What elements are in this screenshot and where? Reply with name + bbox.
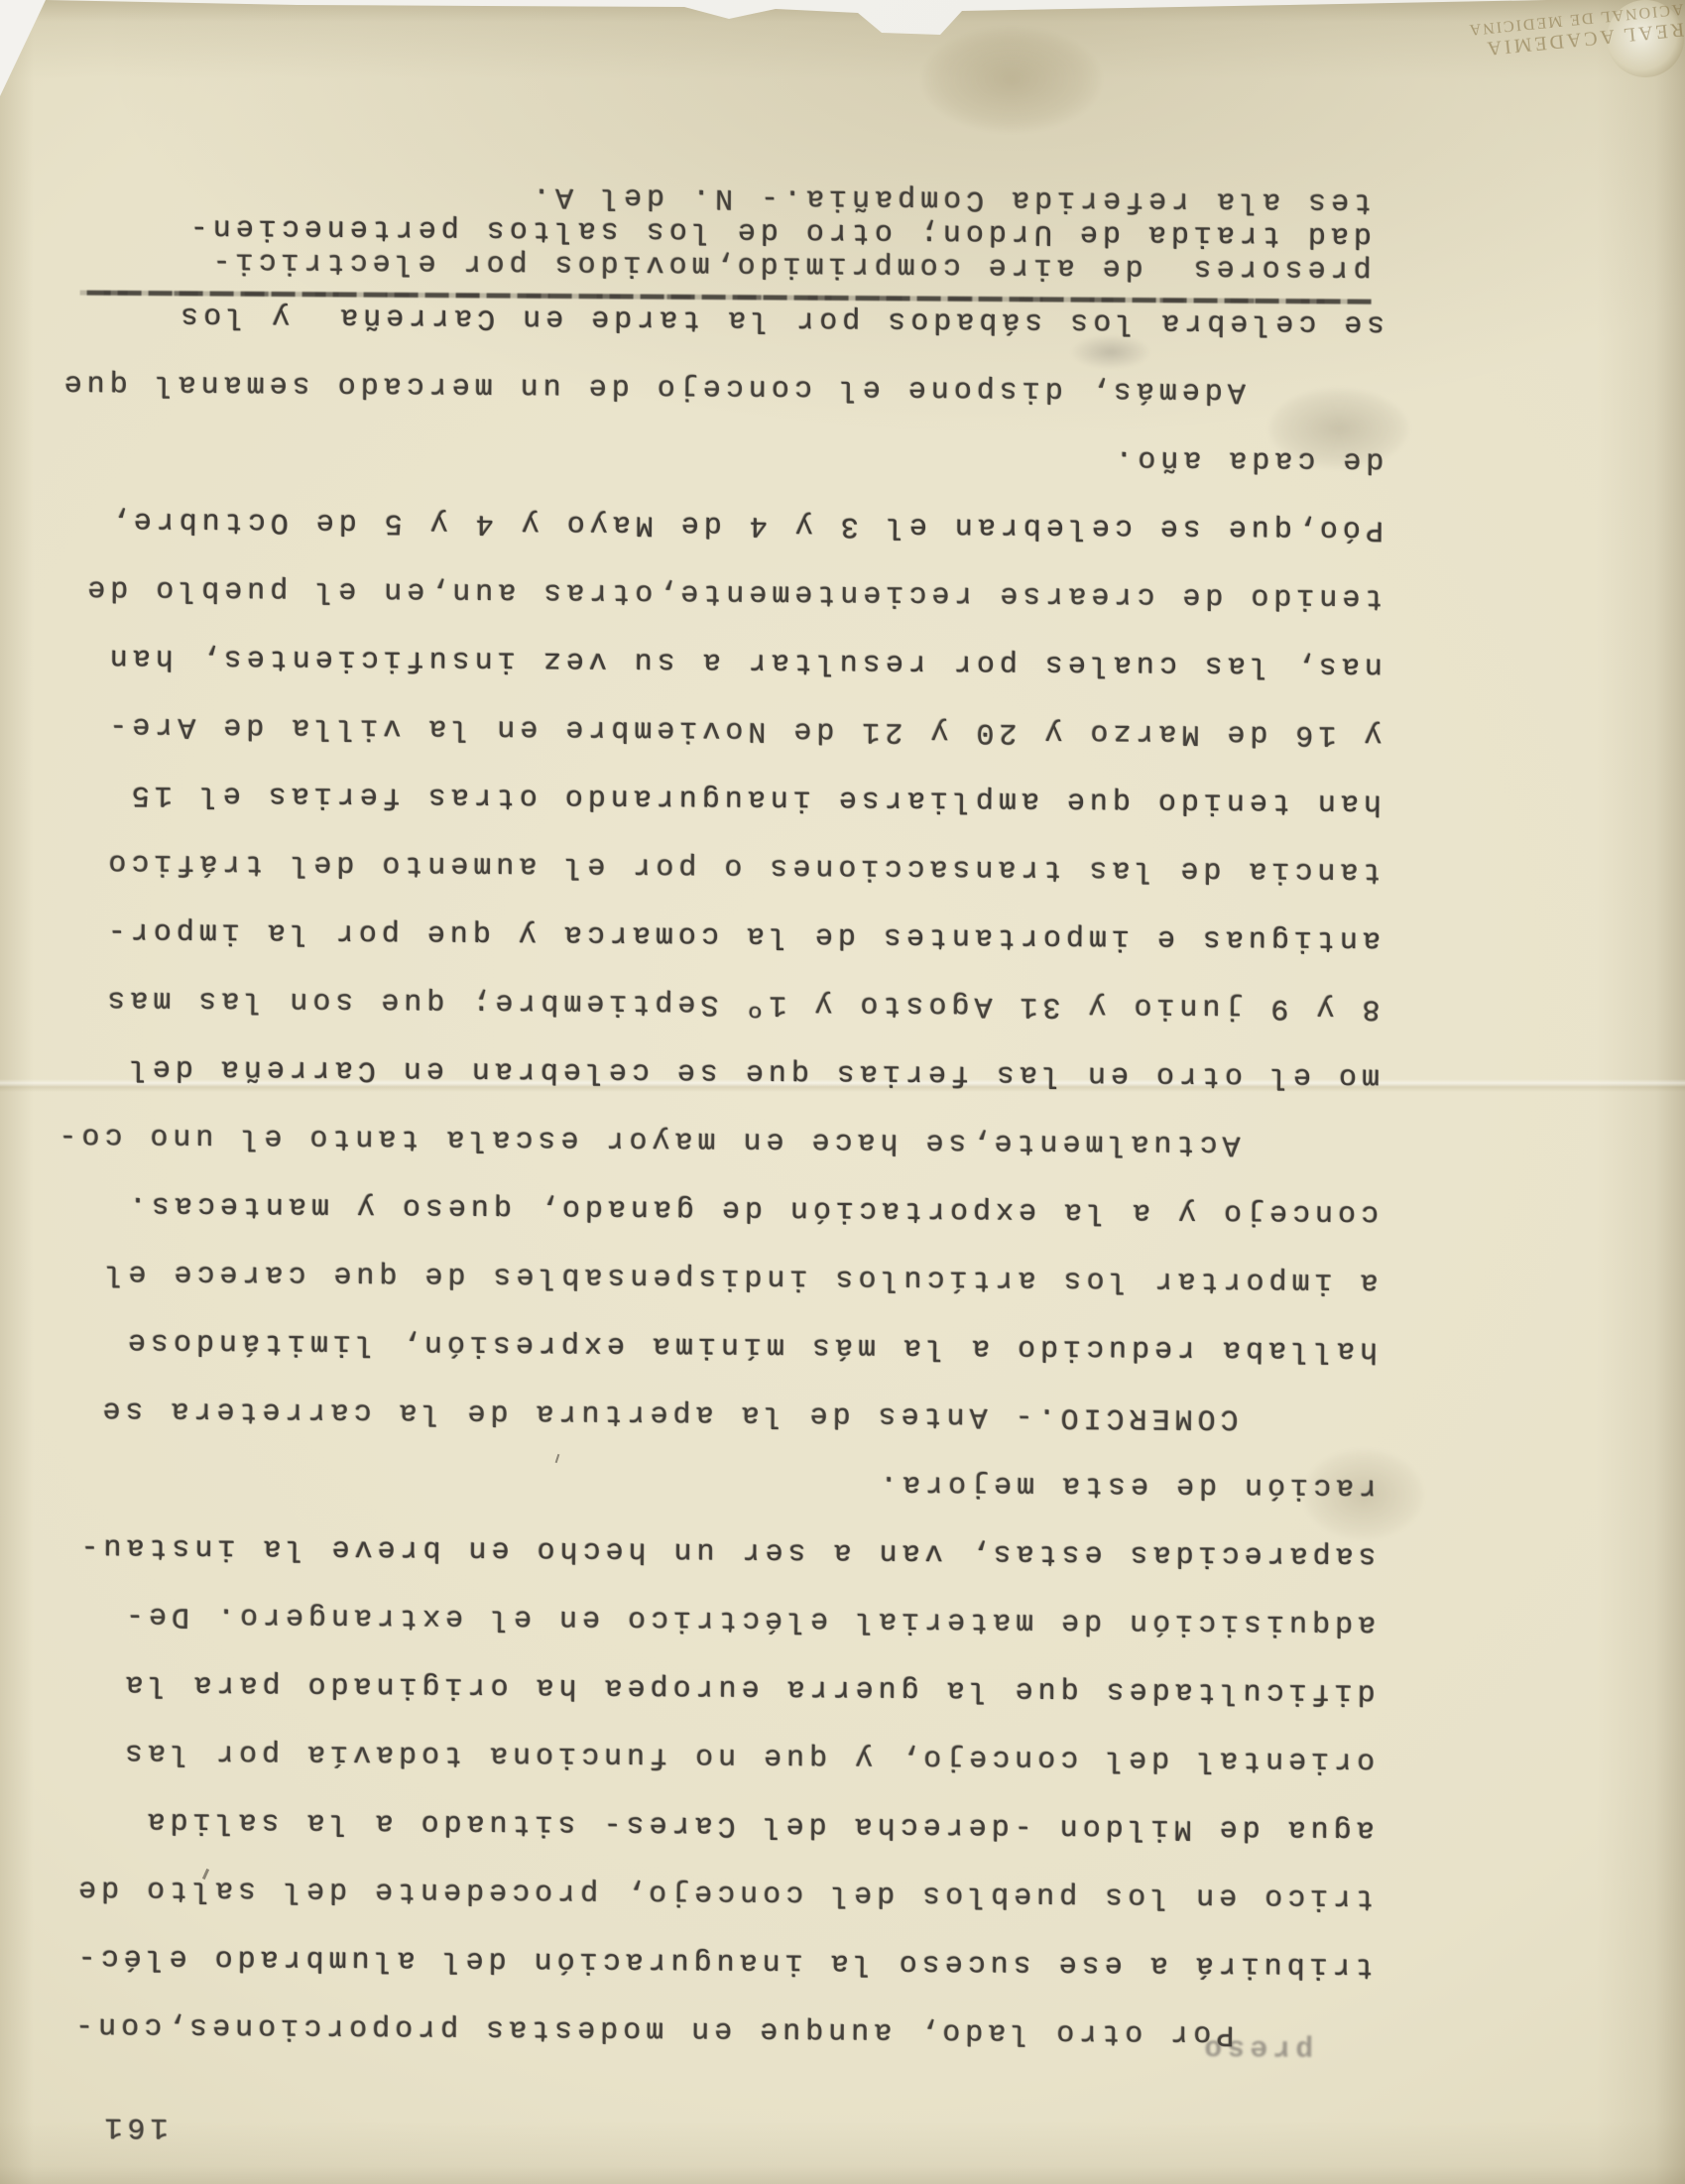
scanned-document-page: 161 preso Por otro lado, aunque en modes…: [0, 0, 1685, 2184]
paragraph: COMERCIO.- Antes de la apertura de la ca…: [38, 1169, 1380, 1452]
text-line: hallaba reducido a la más mínima expresi…: [38, 1306, 1378, 1384]
text-line: trico en los pueblos del concejo, proced…: [34, 1854, 1374, 1931]
text-line: dificultades que la guerra europea ha or…: [36, 1648, 1376, 1726]
text-line: de cada año.: [44, 417, 1384, 494]
text-line: Póo,que se celebran el 3 y 4 de Mayo y 4…: [44, 485, 1384, 562]
body-text: Por otro lado, aunque en modestas propor…: [33, 280, 1384, 2068]
text-line: mo el otro en las ferias que se celebran…: [40, 1032, 1380, 1110]
text-line: tancia de las transacciones o por el aum…: [41, 827, 1381, 905]
text-line: antiguas e importantes de la comarca y q…: [41, 896, 1381, 973]
text-line: adquisición de material eléctrico en el …: [36, 1580, 1376, 1657]
text-line: 8 y 9 junio y 31 Agosto y 1º Septiembre;…: [40, 964, 1380, 1041]
text-line: tribuirá a ese suceso la inauguración de…: [34, 1922, 1374, 2000]
text-line: ración de esta mejora.: [37, 1443, 1377, 1520]
text-line: han tenido que ampliarse inaugurando otr…: [42, 759, 1382, 836]
text-line: y 16 de Marzo y 20 y 21 de Noviembre en …: [42, 690, 1382, 768]
text-line: Además, dispone el concejo de un mercado…: [45, 348, 1384, 425]
text-line: Actualmente,se hace en mayor escala tant…: [39, 1101, 1379, 1178]
text-line: nas, las cuales por resultar a su vez in…: [43, 622, 1383, 699]
paragraph: Actualmente,se hace en mayor escala tant…: [39, 417, 1384, 1178]
text-line: tenido de crearse recientemente,otras au…: [43, 553, 1383, 631]
text-line: a importar los artículos indispensables …: [38, 1238, 1378, 1315]
paragraph: Por otro lado, aunque en modestas propor…: [33, 1443, 1377, 2068]
upside-down-text-layer: 161 preso Por otro lado, aunque en modes…: [0, 0, 1685, 2184]
text-line: saparecidas estas, van a ser un hecho en…: [37, 1512, 1377, 1589]
text-line: concejo y a la exportación de ganado, qu…: [39, 1169, 1379, 1247]
text-line: oriental del concejo, y que no funciona …: [35, 1717, 1375, 1794]
text-line: agua de Mildon -derecha del Cares- situa…: [35, 1785, 1375, 1863]
footnote-text: presores de aire comprimido,movidos por …: [185, 177, 1373, 286]
page-number: 161: [100, 2110, 169, 2143]
text-line: COMERCIO.- Antes de la apertura de la ca…: [38, 1375, 1378, 1452]
academy-stamp: REAL ACADEMIA NACIONAL DE MEDICINA: [1467, 0, 1685, 61]
text-line: Por otro lado, aunque en modestas propor…: [33, 1991, 1373, 2068]
